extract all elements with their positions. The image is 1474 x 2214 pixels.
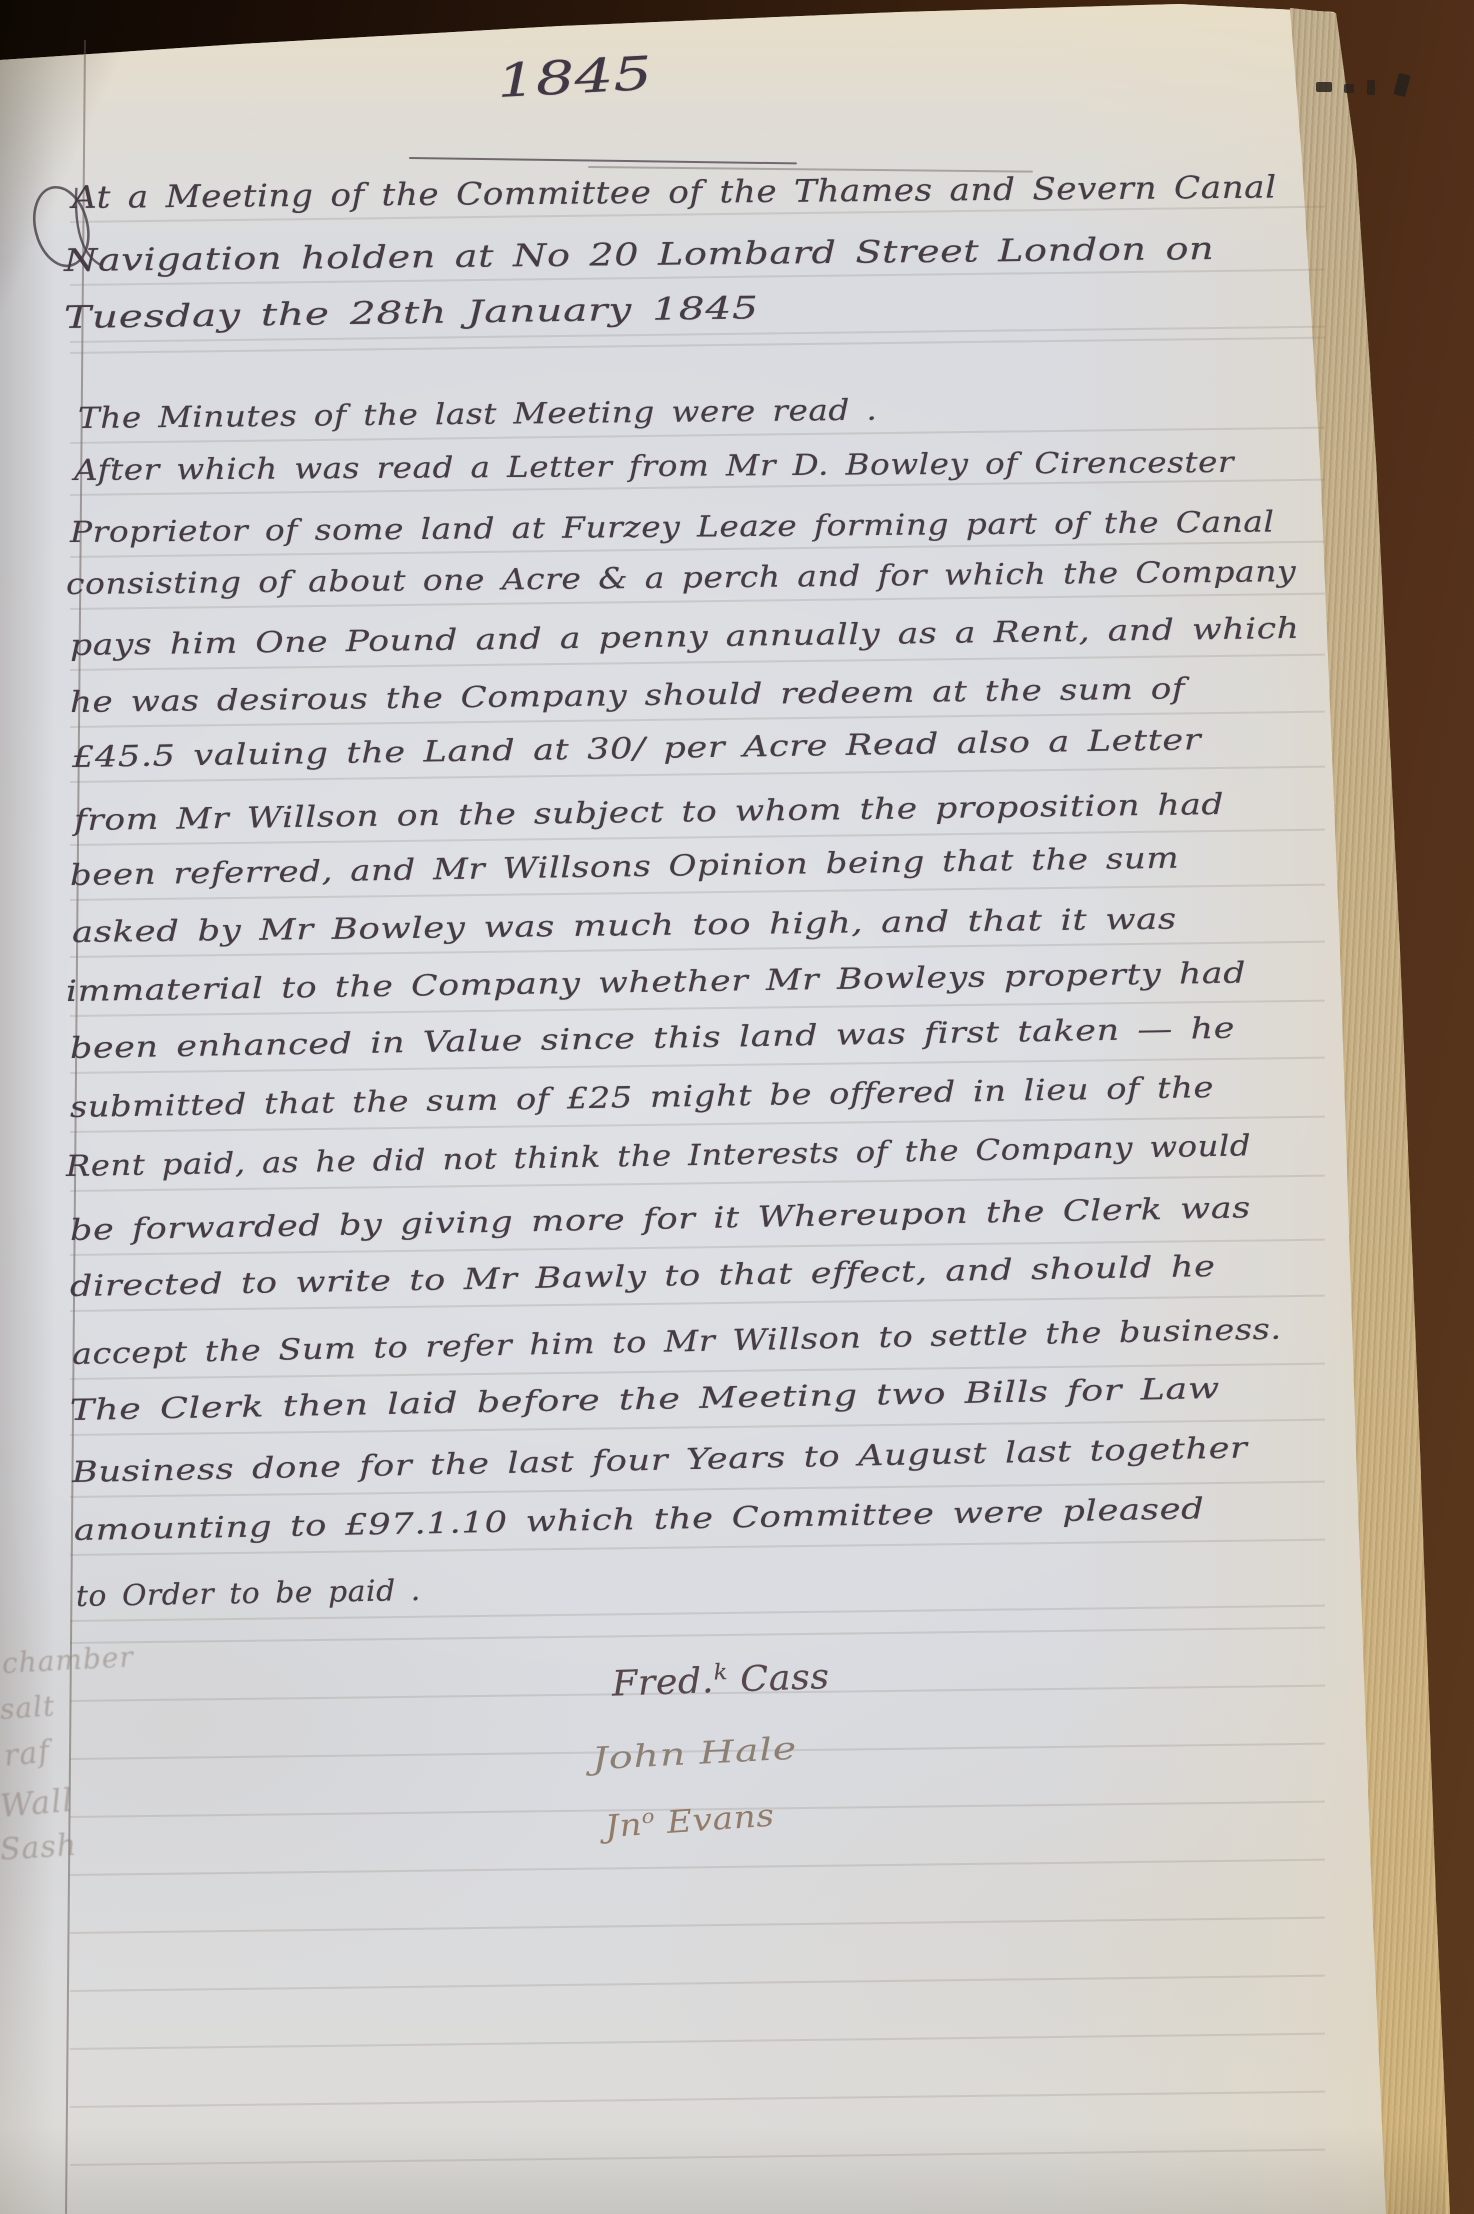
manuscript-line: After which was read a Letter from Mr D.… [74, 448, 1234, 485]
manuscript-line: The Minutes of the last Meeting were rea… [78, 396, 878, 433]
signature-text: Jn [604, 1807, 644, 1846]
ink-mark [1367, 80, 1375, 95]
ink-mark [1316, 82, 1332, 92]
signature-superscript: k [713, 1660, 728, 1685]
ghost-text: Sash [0, 1831, 78, 1866]
ghost-text: Wall [0, 1784, 75, 1822]
ghost-text: chamber [1, 1643, 134, 1678]
ink-mark [1393, 73, 1410, 97]
ghost-text: salt [0, 1692, 56, 1724]
ghost-text: raf [2, 1737, 51, 1772]
signature-text: Cass [727, 1657, 830, 1701]
manuscript-line: to Order to be paid . [76, 1576, 421, 1611]
signature-text: Fred. [611, 1661, 714, 1705]
signature-fred-cass: Fred.k Cass [611, 1658, 830, 1702]
minute-book-photo: 1845 At a Meeting of the Committee of th… [0, 0, 1474, 2214]
ink-mark [1344, 84, 1354, 93]
year-heading: 1845 [496, 50, 653, 104]
